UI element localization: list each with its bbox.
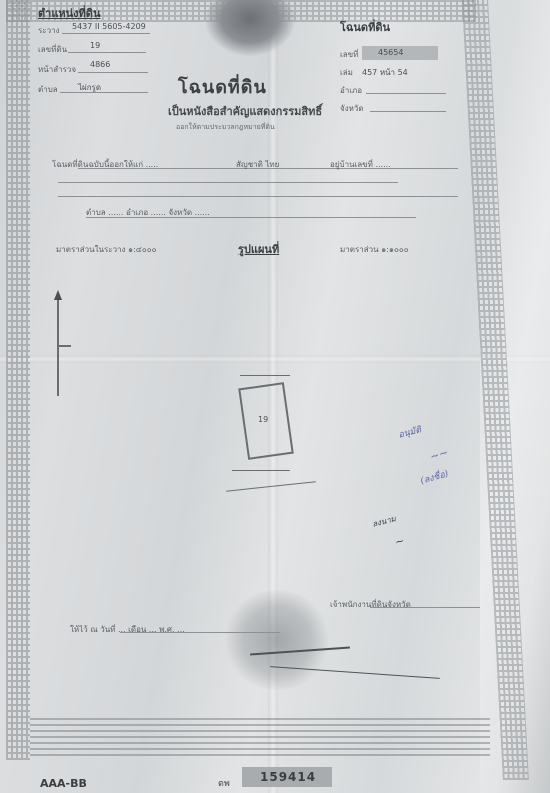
north-arrow-tick xyxy=(57,345,71,347)
deed-legal-basis: ออกให้ตามประมวลกฎหมายที่ดิน xyxy=(176,122,275,133)
serial-number: 159414 xyxy=(260,770,316,784)
left-label-survey: หน้าสำรวจ xyxy=(38,63,76,76)
right-header-title: โฉนดที่ดิน xyxy=(340,18,390,36)
issue-date-line: ให้ไว้ ณ วันที่ ... เดือน ... พ.ศ. ... xyxy=(70,623,185,636)
left-label-sheet: ระวาง xyxy=(38,24,59,37)
left-header-title: ตำแหน่งที่ดิน xyxy=(38,4,100,22)
ornate-border-left xyxy=(6,0,30,760)
right-label-district: อำเภอ xyxy=(340,84,362,97)
fold-crease-horizontal xyxy=(0,355,550,363)
right-value-number: 45654 xyxy=(378,48,403,57)
official-title-line: เจ้าพนักงานที่ดินจังหวัด xyxy=(330,598,411,611)
fine-print-terms xyxy=(30,718,490,756)
left-label-parcel: เลขที่ดิน xyxy=(38,43,67,56)
right-value-volume: 457 หน้า 54 xyxy=(362,66,408,79)
footer-left-code: AAA-BB xyxy=(40,777,87,790)
left-value-parcel: 19 xyxy=(90,41,100,50)
left-value-sheet: 5437 II 5605-4209 xyxy=(72,22,146,31)
left-label-subdistrict: ตำบล xyxy=(38,83,58,96)
address-line: อยู่บ้านเลขที่ ...... xyxy=(330,158,391,171)
right-label-number: เลขที่ xyxy=(340,48,358,61)
parcel-number-label: 19 xyxy=(258,415,268,424)
map-heading: รูปแผนที่ xyxy=(238,240,279,258)
official-seal-stamp xyxy=(222,590,332,690)
right-label-volume: เล่ม xyxy=(340,66,353,79)
left-value-survey: 4866 xyxy=(90,60,110,69)
serial-prefix: ตพ xyxy=(218,776,230,790)
deed-subtitle: เป็นหนังสือสำคัญแสดงกรรมสิทธิ์ xyxy=(168,102,322,120)
scale-sheet-label: มาตราส่วนในระวาง ๑:๔๐๐๐ xyxy=(56,243,156,256)
deed-main-title: โฉนดที่ดิน xyxy=(178,72,267,101)
scale-map-label: มาตราส่วน ๑:๑๐๐๐ xyxy=(340,243,409,256)
right-label-province: จังหวัด xyxy=(340,102,364,115)
owner-line: โฉนดที่ดินฉบับนี้ออกให้แก่ ..... xyxy=(52,158,158,171)
nationality-line: สัญชาติ ไทย xyxy=(236,158,279,171)
